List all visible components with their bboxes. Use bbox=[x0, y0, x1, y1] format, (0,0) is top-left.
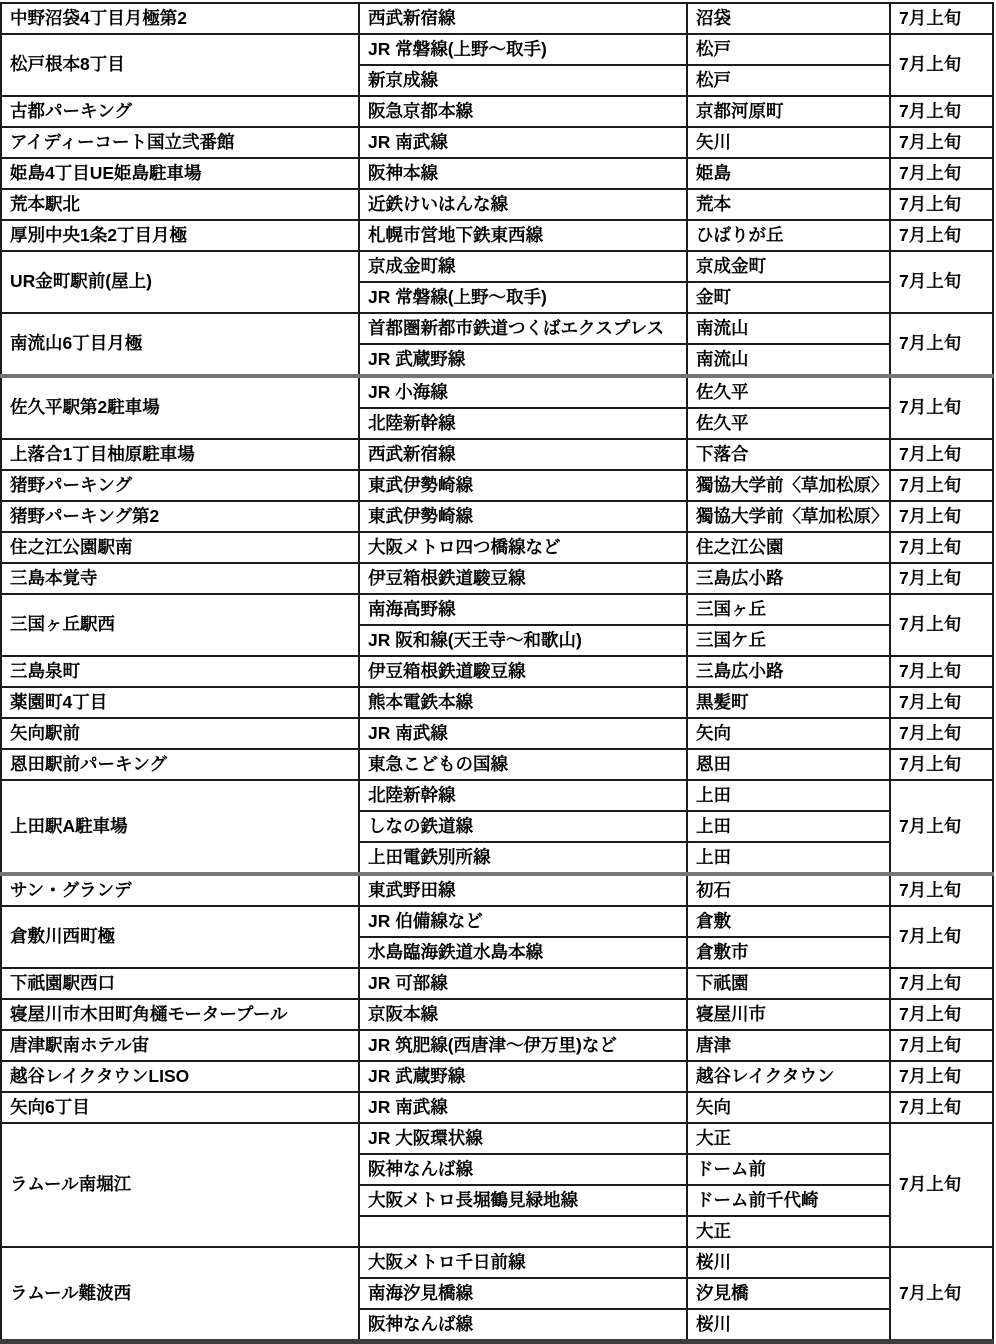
rail-line-cell: 伊豆箱根鉄道駿豆線 bbox=[359, 563, 687, 594]
station-cell: 獨協大学前〈草加松原〉 bbox=[687, 470, 890, 501]
date-cell: 7月上旬 bbox=[890, 1247, 993, 1342]
station-cell: 大正 bbox=[687, 1123, 890, 1154]
date-cell: 7月上旬 bbox=[890, 439, 993, 470]
station-cell: 上田 bbox=[687, 842, 890, 874]
rail-line-cell: 東武伊勢崎線 bbox=[359, 470, 687, 501]
rail-line-cell: 西武新宿線 bbox=[359, 3, 687, 34]
station-cell: 南流山 bbox=[687, 344, 890, 376]
table-row: 姫島4丁目UE姫島駐車場阪神本線姫島7月上旬 bbox=[1, 158, 993, 189]
property-name-cell: 矢向駅前 bbox=[1, 718, 359, 749]
property-name-cell: 薬園町4丁目 bbox=[1, 687, 359, 718]
station-cell: 矢川 bbox=[687, 127, 890, 158]
parking-table: 中野沼袋4丁目月極第2西武新宿線沼袋7月上旬松戸根本8丁目JR 常磐線(上野〜取… bbox=[0, 2, 994, 1344]
station-cell: 南流山 bbox=[687, 313, 890, 344]
property-name-cell: 松戸根本8丁目 bbox=[1, 34, 359, 96]
rail-line-cell: 水島臨海鉄道水島本線 bbox=[359, 937, 687, 968]
station-cell: 京成金町 bbox=[687, 251, 890, 282]
station-cell: 下落合 bbox=[687, 439, 890, 470]
date-cell: 7月上旬 bbox=[890, 749, 993, 780]
date-cell: 7月上旬 bbox=[890, 189, 993, 220]
table-row: ラムール南堀江JR 大阪環状線大正7月上旬 bbox=[1, 1123, 993, 1154]
station-cell: 唐津 bbox=[687, 1030, 890, 1061]
rail-line-cell: JR 南武線 bbox=[359, 127, 687, 158]
property-name-cell: 古都パーキング bbox=[1, 96, 359, 127]
station-cell: ドーム前千代崎 bbox=[687, 1185, 890, 1216]
table-row: サン・グランデ東武野田線初石7月上旬 bbox=[1, 874, 993, 906]
date-cell: 7月上旬 bbox=[890, 532, 993, 563]
property-name-cell: 下祇園駅西口 bbox=[1, 968, 359, 999]
station-cell: 倉敷 bbox=[687, 906, 890, 937]
property-name-cell: サン・グランデ bbox=[1, 874, 359, 906]
rail-line-cell: JR 伯備線など bbox=[359, 906, 687, 937]
table-row: 猪野パーキング第2東武伊勢崎線獨協大学前〈草加松原〉7月上旬 bbox=[1, 501, 993, 532]
station-cell: 三国ケ丘 bbox=[687, 625, 890, 656]
rail-line-cell: 伊豆箱根鉄道駿豆線 bbox=[359, 656, 687, 687]
date-cell: 7月上旬 bbox=[890, 251, 993, 313]
date-cell: 7月上旬 bbox=[890, 1030, 993, 1061]
table-row: 倉敷川西町極JR 伯備線など倉敷7月上旬 bbox=[1, 906, 993, 937]
property-name-cell: 矢向6丁目 bbox=[1, 1092, 359, 1123]
station-cell: 初石 bbox=[687, 874, 890, 906]
property-name-cell: 中野沼袋4丁目月極第2 bbox=[1, 3, 359, 34]
property-name-cell: 倉敷川西町極 bbox=[1, 906, 359, 968]
date-cell: 7月上旬 bbox=[890, 780, 993, 874]
station-cell: 三島広小路 bbox=[687, 563, 890, 594]
rail-line-cell: 京阪本線 bbox=[359, 999, 687, 1030]
table-row: 三島泉町伊豆箱根鉄道駿豆線三島広小路7月上旬 bbox=[1, 656, 993, 687]
date-cell: 7月上旬 bbox=[890, 127, 993, 158]
rail-line-cell: 阪神なんば線 bbox=[359, 1154, 687, 1185]
station-cell: 松戸 bbox=[687, 65, 890, 96]
rail-line-cell: 近鉄けいはんな線 bbox=[359, 189, 687, 220]
station-cell: ドーム前 bbox=[687, 1154, 890, 1185]
table-row: 古都パーキング阪急京都本線京都河原町7月上旬 bbox=[1, 96, 993, 127]
date-cell: 7月上旬 bbox=[890, 3, 993, 34]
date-cell: 7月上旬 bbox=[890, 1092, 993, 1123]
table-row: 猪野パーキング東武伊勢崎線獨協大学前〈草加松原〉7月上旬 bbox=[1, 470, 993, 501]
rail-line-cell: JR 可部線 bbox=[359, 968, 687, 999]
table-row: 南流山6丁目月極首都圏新都市鉄道つくばエクスプレス南流山7月上旬 bbox=[1, 313, 993, 344]
rail-line-cell: 北陸新幹線 bbox=[359, 408, 687, 439]
date-cell: 7月上旬 bbox=[890, 563, 993, 594]
property-name-cell: 唐津駅南ホテル宙 bbox=[1, 1030, 359, 1061]
table-row: 住之江公園駅南大阪メトロ四つ橋線など住之江公園7月上旬 bbox=[1, 532, 993, 563]
property-name-cell: 越谷レイクタウンLISO bbox=[1, 1061, 359, 1092]
rail-line-cell: 南海汐見橋線 bbox=[359, 1278, 687, 1309]
rail-line-cell: 京成金町線 bbox=[359, 251, 687, 282]
property-name-cell: 三島泉町 bbox=[1, 656, 359, 687]
rail-line-cell: JR 南武線 bbox=[359, 718, 687, 749]
property-name-cell: 上落合1丁目柚原駐車場 bbox=[1, 439, 359, 470]
station-cell: 住之江公園 bbox=[687, 532, 890, 563]
rail-line-cell: 阪神本線 bbox=[359, 158, 687, 189]
table-row: ラムール難波西大阪メトロ千日前線桜川7月上旬 bbox=[1, 1247, 993, 1278]
station-cell: 矢向 bbox=[687, 718, 890, 749]
rail-line-cell: JR 南武線 bbox=[359, 1092, 687, 1123]
rail-line-cell: JR 武蔵野線 bbox=[359, 1061, 687, 1092]
table-row: 荒本駅北近鉄けいはんな線荒本7月上旬 bbox=[1, 189, 993, 220]
station-cell: ひばりが丘 bbox=[687, 220, 890, 251]
rail-line-cell: 南海高野線 bbox=[359, 594, 687, 625]
rail-line-cell: 阪神なんば線 bbox=[359, 1309, 687, 1342]
station-cell: 寝屋川市 bbox=[687, 999, 890, 1030]
station-cell: 桜川 bbox=[687, 1309, 890, 1342]
date-cell: 7月上旬 bbox=[890, 96, 993, 127]
rail-line-cell: JR 阪和線(天王寺〜和歌山) bbox=[359, 625, 687, 656]
station-cell: 佐久平 bbox=[687, 408, 890, 439]
date-cell: 7月上旬 bbox=[890, 594, 993, 656]
property-name-cell: 南流山6丁目月極 bbox=[1, 313, 359, 376]
station-cell: 大正 bbox=[687, 1216, 890, 1247]
date-cell: 7月上旬 bbox=[890, 313, 993, 376]
property-name-cell: 上田駅A駐車場 bbox=[1, 780, 359, 874]
table-row: 下祇園駅西口JR 可部線下祇園7月上旬 bbox=[1, 968, 993, 999]
table-row: 薬園町4丁目熊本電鉄本線黒髪町7月上旬 bbox=[1, 687, 993, 718]
property-name-cell: 猪野パーキング第2 bbox=[1, 501, 359, 532]
date-cell: 7月上旬 bbox=[890, 1061, 993, 1092]
table-row: 佐久平駅第2駐車場JR 小海線佐久平7月上旬 bbox=[1, 376, 993, 408]
rail-line-cell: JR 常磐線(上野〜取手) bbox=[359, 282, 687, 313]
table-row: 恩田駅前パーキング東急こどもの国線恩田7月上旬 bbox=[1, 749, 993, 780]
rail-line-cell: 東急こどもの国線 bbox=[359, 749, 687, 780]
table-row: 中野沼袋4丁目月極第2西武新宿線沼袋7月上旬 bbox=[1, 3, 993, 34]
station-cell: 京都河原町 bbox=[687, 96, 890, 127]
table-row: 上田駅A駐車場北陸新幹線上田7月上旬 bbox=[1, 780, 993, 811]
property-name-cell: 寝屋川市木田町角樋モータープール bbox=[1, 999, 359, 1030]
table-row: 上落合1丁目柚原駐車場西武新宿線下落合7月上旬 bbox=[1, 439, 993, 470]
table-row: UR金町駅前(屋上)京成金町線京成金町7月上旬 bbox=[1, 251, 993, 282]
rail-line-cell: しなの鉄道線 bbox=[359, 811, 687, 842]
rail-line-cell: 阪急京都本線 bbox=[359, 96, 687, 127]
table-row: 寝屋川市木田町角樋モータープール京阪本線寝屋川市7月上旬 bbox=[1, 999, 993, 1030]
station-cell: 上田 bbox=[687, 780, 890, 811]
rail-line-cell: 大阪メトロ千日前線 bbox=[359, 1247, 687, 1278]
table-row: 越谷レイクタウンLISOJR 武蔵野線越谷レイクタウン7月上旬 bbox=[1, 1061, 993, 1092]
date-cell: 7月上旬 bbox=[890, 1123, 993, 1247]
date-cell: 7月上旬 bbox=[890, 999, 993, 1030]
property-name-cell: アイディーコート国立弐番館 bbox=[1, 127, 359, 158]
rail-line-cell: JR 小海線 bbox=[359, 376, 687, 408]
rail-line-cell: 大阪メトロ長堀鶴見緑地線 bbox=[359, 1185, 687, 1216]
table-row: アイディーコート国立弐番館JR 南武線矢川7月上旬 bbox=[1, 127, 993, 158]
rail-line-cell: 東武野田線 bbox=[359, 874, 687, 906]
station-cell: 恩田 bbox=[687, 749, 890, 780]
date-cell: 7月上旬 bbox=[890, 158, 993, 189]
station-cell: 桜川 bbox=[687, 1247, 890, 1278]
date-cell: 7月上旬 bbox=[890, 656, 993, 687]
table-row: 矢向駅前JR 南武線矢向7月上旬 bbox=[1, 718, 993, 749]
station-cell: 姫島 bbox=[687, 158, 890, 189]
date-cell: 7月上旬 bbox=[890, 718, 993, 749]
rail-line-cell: 熊本電鉄本線 bbox=[359, 687, 687, 718]
station-cell: 黒髪町 bbox=[687, 687, 890, 718]
rail-line-cell: 大阪メトロ四つ橋線など bbox=[359, 532, 687, 563]
rail-line-cell: 新京成線 bbox=[359, 65, 687, 96]
station-cell: 倉敷市 bbox=[687, 937, 890, 968]
rail-line-cell: JR 筑肥線(西唐津〜伊万里)など bbox=[359, 1030, 687, 1061]
property-name-cell: 厚別中央1条2丁目月極 bbox=[1, 220, 359, 251]
rail-line-cell: 上田電鉄別所線 bbox=[359, 842, 687, 874]
station-cell: 越谷レイクタウン bbox=[687, 1061, 890, 1092]
date-cell: 7月上旬 bbox=[890, 34, 993, 96]
table-wrapper: 中野沼袋4丁目月極第2西武新宿線沼袋7月上旬松戸根本8丁目JR 常磐線(上野〜取… bbox=[0, 0, 996, 1344]
table-row: 矢向6丁目JR 南武線矢向7月上旬 bbox=[1, 1092, 993, 1123]
rail-line-cell: JR 武蔵野線 bbox=[359, 344, 687, 376]
date-cell: 7月上旬 bbox=[890, 376, 993, 439]
date-cell: 7月上旬 bbox=[890, 220, 993, 251]
station-cell: 三島広小路 bbox=[687, 656, 890, 687]
station-cell: 荒本 bbox=[687, 189, 890, 220]
parking-table-body: 中野沼袋4丁目月極第2西武新宿線沼袋7月上旬松戸根本8丁目JR 常磐線(上野〜取… bbox=[1, 3, 993, 1342]
parking-availability-page: { "table": { "common_date": "7月上旬", "gro… bbox=[0, 0, 996, 1344]
rail-line-cell: 札幌市営地下鉄東西線 bbox=[359, 220, 687, 251]
station-cell: 矢向 bbox=[687, 1092, 890, 1123]
property-name-cell: 三島本覚寺 bbox=[1, 563, 359, 594]
date-cell: 7月上旬 bbox=[890, 501, 993, 532]
station-cell: 三国ヶ丘 bbox=[687, 594, 890, 625]
rail-line-cell: JR 常磐線(上野〜取手) bbox=[359, 34, 687, 65]
table-row: 三国ヶ丘駅西南海高野線三国ヶ丘7月上旬 bbox=[1, 594, 993, 625]
rail-line-cell: 東武伊勢崎線 bbox=[359, 501, 687, 532]
date-cell: 7月上旬 bbox=[890, 968, 993, 999]
table-row: 松戸根本8丁目JR 常磐線(上野〜取手)松戸7月上旬 bbox=[1, 34, 993, 65]
station-cell: 汐見橋 bbox=[687, 1278, 890, 1309]
property-name-cell: 三国ヶ丘駅西 bbox=[1, 594, 359, 656]
property-name-cell: 佐久平駅第2駐車場 bbox=[1, 376, 359, 439]
date-cell: 7月上旬 bbox=[890, 470, 993, 501]
property-name-cell: 恩田駅前パーキング bbox=[1, 749, 359, 780]
rail-line-cell: JR 大阪環状線 bbox=[359, 1123, 687, 1154]
station-cell: 松戸 bbox=[687, 34, 890, 65]
table-row: 唐津駅南ホテル宙JR 筑肥線(西唐津〜伊万里)など唐津7月上旬 bbox=[1, 1030, 993, 1061]
date-cell: 7月上旬 bbox=[890, 906, 993, 968]
property-name-cell: 猪野パーキング bbox=[1, 470, 359, 501]
station-cell: 佐久平 bbox=[687, 376, 890, 408]
rail-line-cell: 首都圏新都市鉄道つくばエクスプレス bbox=[359, 313, 687, 344]
station-cell: 下祇園 bbox=[687, 968, 890, 999]
property-name-cell: 荒本駅北 bbox=[1, 189, 359, 220]
station-cell: 上田 bbox=[687, 811, 890, 842]
table-row: 厚別中央1条2丁目月極札幌市営地下鉄東西線ひばりが丘7月上旬 bbox=[1, 220, 993, 251]
property-name-cell: ラムール難波西 bbox=[1, 1247, 359, 1342]
property-name-cell: UR金町駅前(屋上) bbox=[1, 251, 359, 313]
property-name-cell: 住之江公園駅南 bbox=[1, 532, 359, 563]
property-name-cell: ラムール南堀江 bbox=[1, 1123, 359, 1247]
station-cell: 沼袋 bbox=[687, 3, 890, 34]
station-cell: 金町 bbox=[687, 282, 890, 313]
date-cell: 7月上旬 bbox=[890, 874, 993, 906]
property-name-cell: 姫島4丁目UE姫島駐車場 bbox=[1, 158, 359, 189]
station-cell: 獨協大学前〈草加松原〉 bbox=[687, 501, 890, 532]
table-row: 三島本覚寺伊豆箱根鉄道駿豆線三島広小路7月上旬 bbox=[1, 563, 993, 594]
rail-line-cell bbox=[359, 1216, 687, 1247]
date-cell: 7月上旬 bbox=[890, 687, 993, 718]
rail-line-cell: 西武新宿線 bbox=[359, 439, 687, 470]
rail-line-cell: 北陸新幹線 bbox=[359, 780, 687, 811]
